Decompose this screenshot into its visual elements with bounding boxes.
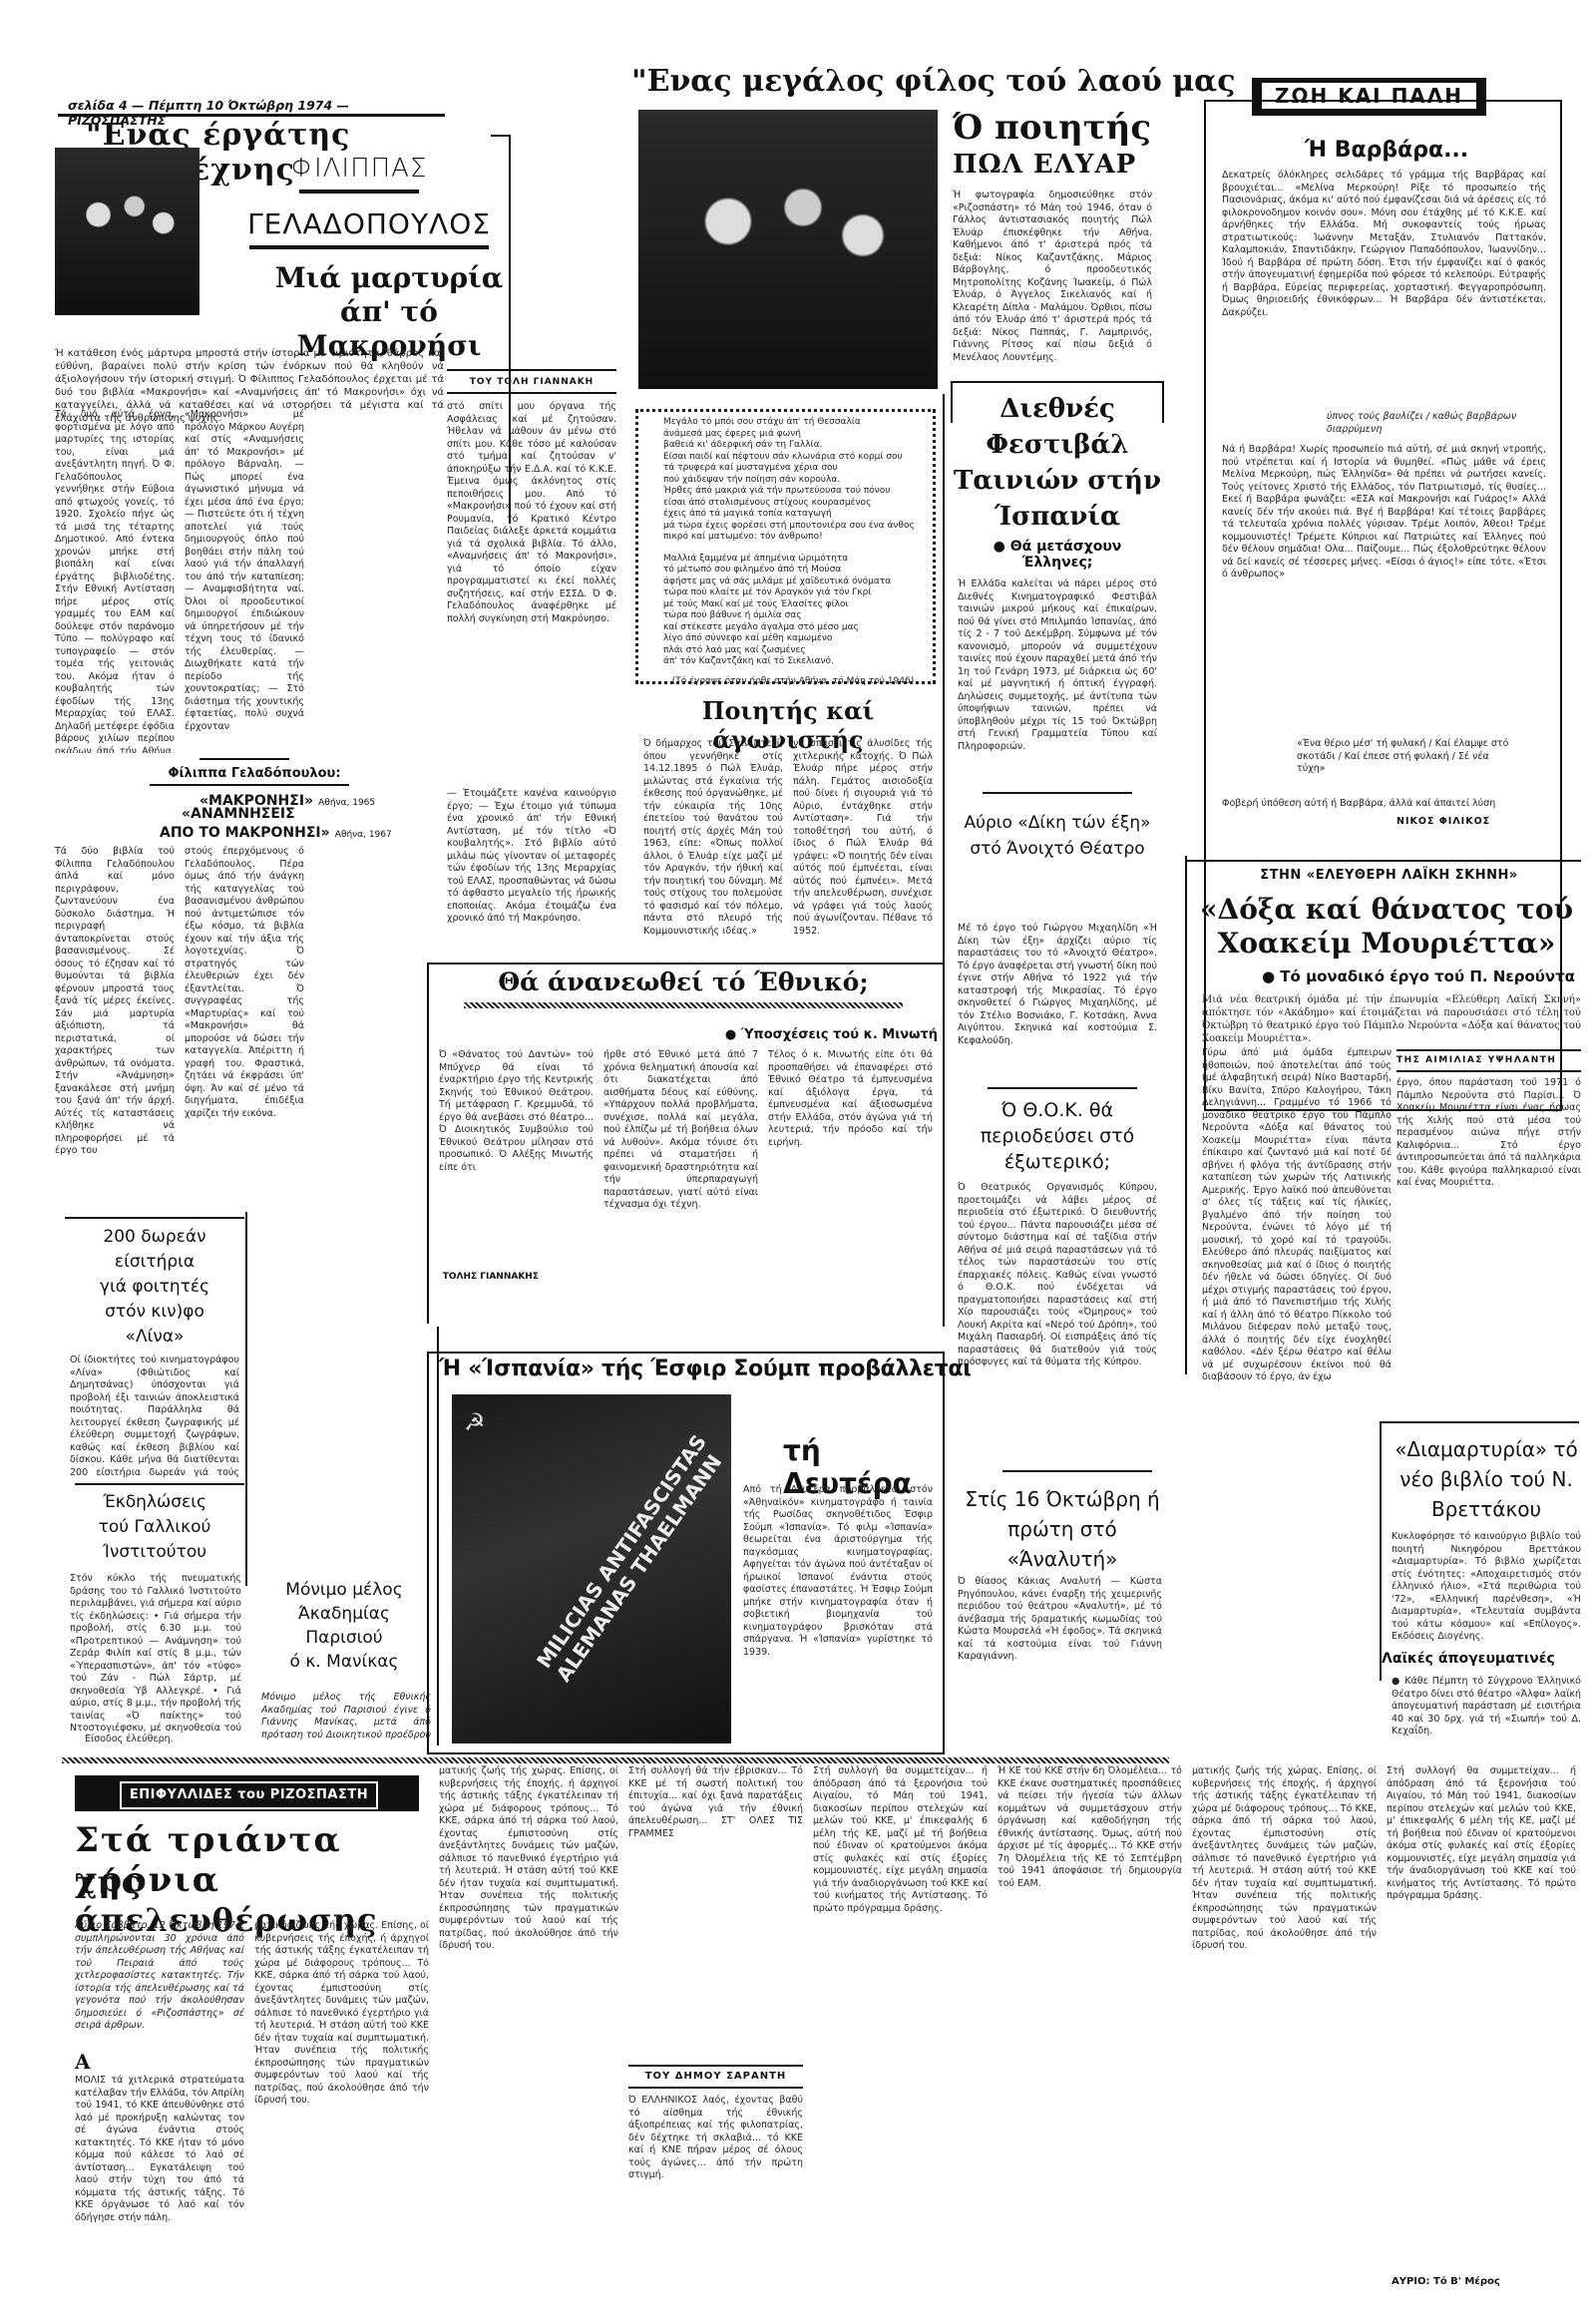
diamartyria-rule [1380, 1421, 1579, 1423]
poem-line: έχεις άπό τά μαγικά τοπία καταγωγή [663, 509, 923, 521]
poem: Μεγάλο τό μπόι σου στάχυ άπ' τή Θεσσαλία… [663, 417, 923, 687]
mourieta-kicker: ΣΤΗΝ «ΕΛΕΥΘΕΡΗ ΛΑΪΚΗ ΣΚΗΝΗ» [1192, 868, 1586, 883]
mourieta-lead: Μιά νέα θεατρική όμάδα μέ τήν έπωνυμία «… [1202, 993, 1581, 1045]
zoi-verse-2: «Ένα θέριο μέσ' τή φυλακή / Καί έλαμψε σ… [1297, 738, 1516, 776]
eluard-title-1: Ό ποιητής [953, 108, 1172, 148]
mourieta-title: «Δόξα καί θάνατος τού Χοακείμ Μουριέττα» [1187, 893, 1586, 961]
liberation-column-2: ματικής ζωής τής χώρας. Επίσης, οί κυβερ… [254, 1920, 429, 2289]
book-2-info: Αθήνα, 1967 [335, 830, 392, 840]
header-rule [58, 114, 445, 117]
poem-note: (Τό έγραψε όταν ήρθε στήν Αθήνα, τό Μάη … [663, 676, 923, 688]
laikes-title: Λαϊκές άπογευματινές [1382, 1651, 1591, 1667]
liberation-column-4: Στή συλλογή θα συμμετείχαν... ή άπόδραση… [813, 1765, 988, 2289]
analyti-title: Στίς 16 Όκτώβρη ή πρώτη στό «Άναλυτή» [953, 1484, 1172, 1574]
okk-title: Ό Θ.Ο.Κ. θά περιοδεύσει στό έξωτερικό; [958, 1097, 1157, 1175]
eluard-title-2: ΠΩΛ ΕΛΥΑΡ [953, 150, 1172, 180]
tickets-body: Οί ίδιοκτήτες τού κινηματογράφου «Λίνα» … [70, 1354, 239, 1479]
ethniko-subtitle: ● Ύποσχέσεις τού κ. Μινωτή [718, 1027, 938, 1042]
tickets-title-line: «Λίνα» [60, 1325, 249, 1350]
gallic-footer: Είσοδος έλεύθερη. [85, 1734, 244, 1746]
manikas-title-line: ό κ. Μανίκας [254, 1650, 434, 1674]
byline-rule-top [447, 369, 616, 371]
article-column-5: στούς έπερχόμενους ό Γελαδόπουλος. Πέρα … [185, 846, 304, 1265]
gallic-title-line: Ίνστιτούτου [60, 1540, 249, 1565]
sarantis-rule-top [628, 2065, 803, 2067]
liberation-dropcap: Α [75, 2050, 91, 2074]
eluard-group-photo [638, 110, 938, 389]
liberation-column-1: ΜΟΛΙΣ τά χιτλερικά στρατεύματα κατέλαβαν… [75, 2075, 244, 2289]
analyti-rule [1002, 1470, 1152, 1472]
diamartyria-left-border [1380, 1421, 1382, 1681]
subarticle-column-1: Ό δήμαρχος τού Σαίν Ντενί, όπου γεννήθηκ… [643, 738, 783, 997]
poem-line: άφήστε μας νά σάς μιλάμε μέ χαϊδευτικά ό… [663, 577, 923, 588]
author-last-name: ΓΕΛΑΔΟΠΟΥΛΟΣ [229, 207, 509, 240]
mourieta-column-1: Γύρω άπό μιά όμάδα έμπειρων ήθοποιών, πο… [1202, 1047, 1392, 1566]
laikes-body: ● Κάθε Πέμπτη τό Σύγχρονο Έλληνικό Θέατρ… [1392, 1676, 1581, 1745]
ethniko-column-1: Ό «Θάνατος τού Δαντών» τού Μπύχνερ θά εί… [439, 1049, 594, 1324]
mourieta-byline-rule [1396, 1049, 1581, 1051]
poem-line: Μεγάλο τό μπόι σου στάχυ άπ' τή Θεσσαλία [663, 417, 923, 429]
ethniko-hatch-rule [464, 1002, 903, 1008]
festival-subtitle: ● Θά μετάσχουν Έλληνες; [958, 539, 1157, 571]
article-column-3: στό σπίτι μου όργανα τής Ασφάλειας καί μ… [447, 401, 616, 785]
ethniko-column-2: ήρθε στό Έθνικό μετά άπό 7 χρόνια θελημα… [603, 1049, 758, 1329]
poem-line: βαθειά κι' άδερφική σάν τη Γαλλία. [663, 440, 923, 452]
avrio-body: Μέ τό έργο τού Γιώργου Μιχαηλίδη «Ή Δίκη… [958, 923, 1157, 1082]
zoi-author: ΝΙΚΟΣ ΦΙΛΙΚΟΣ [1396, 816, 1546, 827]
analyti-body: Ό θίασος Κάκιας Αναλυτή — Κώστα Ρηγόπουλ… [958, 1576, 1162, 1755]
column-divider [943, 394, 945, 1327]
zoi-body: Δεκατρείς όλόκληρες σελιδάρες τό γράμμα … [1222, 170, 1546, 409]
mourieta-column-2: έργο, όπου παράσταση τού 1971 ό Πάμπλο Ν… [1396, 1077, 1581, 1406]
poem-line: είσαι άπό στολισμένους στίχους κουρασμέν… [663, 498, 923, 510]
name-rule-1 [299, 190, 419, 193]
epifyllides-banner: ΕΠΙΦΥΛΛΙΔΕΣ του ΡΙΖΟΣΠΑΣΤΗ [120, 1781, 378, 1809]
festival-rule [983, 792, 1132, 794]
article-column-2: «Μακρονήσι» μέ πρόλογο Μάρκου Αυγέρη καί… [185, 409, 304, 753]
byline-rule-bottom [447, 392, 616, 394]
diamartyria-body: Κυκλοφόρησε τό καινούργιο βιβλίο τού ποι… [1392, 1531, 1581, 1641]
tickets-title-line: γιά φοιτητές [60, 1275, 249, 1300]
poem-line: Είσαι παιδί καί πέφτουν σάν κλωνάρια στό… [663, 452, 923, 464]
gallic-title: Έκδηλώσεις τού Γαλλικού Ίνστιτούτου [60, 1490, 249, 1565]
poem-line: μά τώρα έχεις φορέσει στή μπουτονιέρα σο… [663, 521, 923, 533]
tickets-rule [65, 1217, 244, 1219]
tickets-title-line: 200 δωρεάν [60, 1225, 249, 1250]
liberation-continued: ΑΥΡΙΟ: Τό Β' Μέρος [1392, 2276, 1581, 2287]
liberation-column-3: Στή συλλογή θά τήν έβρισκαν... Τό ΚΚΕ μέ… [628, 1765, 803, 2065]
article-column-1: Τά δυό αύτά έργα, φορτισμένα με λόγο από… [55, 409, 175, 753]
ispania-body: Από τή Δευτέρα προβάλλεται στόν «Άθηναϊκ… [743, 1484, 933, 1745]
hammer-sickle-icon: ☭ [464, 1408, 486, 1436]
article-column-4: Τά δύο βιβλία τού Φίλιππα Γελαδόπουλου ά… [55, 846, 175, 1185]
manikas-body: Μόνιμο μέλος τής Εθνικής Ακαδημίας τού Π… [261, 1692, 431, 1741]
name-rule-2 [249, 245, 489, 249]
liberation-column-2b: ματικής ζωής τής χώρας. Επίσης, οί κυβερ… [439, 1765, 618, 2289]
section-separator [62, 1757, 1169, 1763]
diamartyria-title: «Διαμαρτυρία» τό νέο βιβλίο τού Ν. Βρεττ… [1387, 1434, 1586, 1524]
poem-line: τά τρυφερά καί μυσταγμένα χέρια σου [663, 463, 923, 475]
avrio-title: Αύριο «Δίκη τών έξη» στό Άνοιχτό Θέατρο [958, 810, 1157, 862]
mourieta-byline-rule-2 [1396, 1070, 1581, 1072]
ispania-title: Ή «Ίσπανία» τής Έσφιρ Σούμπ προβάλλεται [439, 1356, 958, 1381]
mourieta-byline: ΤΗΣ ΑΙΜΙΛΙΑΣ ΥΨΗΛΑΝΤΗ [1396, 1055, 1586, 1065]
manikas-title-line: Άκαδημίας [254, 1602, 434, 1626]
books-subhead: Φίλιππα Γελαδόπουλου: [140, 766, 369, 781]
author-photo [55, 148, 199, 315]
okk-rule [988, 1087, 1137, 1089]
book-2: «ΑΝΑΜΝΗΣΕΙΣ ΑΠΟ ΤΟ ΜΑΚΡΟΝΗΣΙ» Αθήνα, 196… [160, 806, 439, 841]
tickets-title-line: στόν κιν)φο [60, 1300, 249, 1325]
zoi-closing: Φοβερή ύπόθεση αύτή ή Βαρβάρα, άλλά καί … [1222, 798, 1546, 811]
subhead-rule-top [199, 758, 289, 760]
zoi-body-2: Νά ή Βαρβάρα! Χωρίς προσωπείο πιά αύτή, … [1222, 444, 1546, 733]
liberation-column-6: ματικής ζωής τής χώρας. Επίσης, οί κυβερ… [1192, 1765, 1377, 2289]
festival-body: Ή Ελλάδα καλείται νά πάρει μέρος στό Διε… [958, 579, 1157, 768]
book-2-title-a: «ΑΝΑΜΝΗΣΕΙΣ [182, 806, 439, 822]
tickets-title-line: είσιτήρια [60, 1250, 249, 1275]
eluard-headline: "Ενας μεγάλος φίλος τού λαού μας [631, 64, 1190, 99]
zoi-verse: ύπνος τούς βαυλίζει / καθώς βαρβάρων δια… [1327, 411, 1526, 436]
poem-line: μέ τούς Μακί καί μέ τούς Έλασίτες φίλοι [663, 599, 923, 611]
photo-caption: Ή φωτογραφία δημοσιεύθηκε στόν «Ριζοσπάσ… [953, 190, 1152, 389]
gallic-rule [75, 1483, 244, 1485]
poem-line: πού χάιδεψαν τήν ποίηση σάν κορούλα. [663, 475, 923, 487]
mourieta-top-rule [1187, 860, 1581, 862]
book-2-title-b: ΑΠΟ ΤΟ ΜΑΚΡΟΝΗΣΙ» [160, 825, 330, 841]
poem-line: τό μέτωπό σου φιλημένο άπό τή Μούσα [663, 565, 923, 577]
poem-line: τώρα πού βάθυνε ή όμιλία σας [663, 610, 923, 622]
poem-line: Μαλλιά ξαμμένα μέ άπημένια ώριμότητα [663, 554, 923, 566]
liberation-column-5: Ή ΚΕ τού ΚΚΕ στήν 6η Όλομέλεια... τό ΚΚΕ… [997, 1765, 1182, 2289]
poem-line: άπ' τόν Καζαντζάκη καί τό Σικελιανό. [663, 656, 923, 668]
poem-line: άνάμεσά μας έφερες μιά φωνή [663, 429, 923, 441]
ethniko-title: Θά άνανεωθεί τό Έθνικό; [429, 967, 938, 996]
subhead-rule-bottom [150, 784, 349, 786]
sarantis-rule-bottom [628, 2087, 803, 2089]
article-column-6: — Έτοιμάζετε κανένα καινούργιο έργο; — Έ… [447, 788, 616, 963]
gallic-title-line: Έκδηλώσεις [60, 1490, 249, 1515]
mourieta-subtitle: ● Τό μοναδικό έργο τού Π. Νερούντα [1262, 967, 1591, 985]
poem-line: τώρα πού κλαίτε μέ τόν Αραγκόν γιά τόν Γ… [663, 587, 923, 599]
subarticle-column-2: νά σπάσει τίς άλυσίδες τής χιτλερικής κα… [793, 738, 933, 977]
liberation-column-7: Στή συλλογή θα συμμετείχαν... ή άπόδραση… [1387, 1765, 1576, 2269]
poem-line: πλάι στό λαό μας καί ζωσμένες [663, 645, 923, 657]
poem-line: πικρό καί ματωμένο: τόν άνθρωπο! [663, 532, 923, 544]
gallic-body: Στόν κύκλο τής πνευματικής δράσης του τό… [70, 1573, 241, 1733]
kicker-rule [491, 135, 511, 137]
gallic-title-line: τού Γαλλικού [60, 1515, 249, 1540]
manikas-title-line: Μόνιμο μέλος [254, 1578, 434, 1602]
okk-body: Ό Θεατρικός Οργανισμός Κύπρου, προετοιμά… [958, 1182, 1157, 1471]
manikas-title: Μόνιμο μέλος Άκαδημίας Παρισιού ό κ. Μαν… [254, 1578, 434, 1674]
poem-line: καί στέκεστε μεγάλο άγαλμα στό μέσο μας [663, 622, 923, 634]
poem-line: Ήρθες άπό μακριά γιά τήν πρωτεύουσα τού … [663, 486, 923, 498]
author-first-name: ΦΙΛΙΠΠΑΣ [259, 154, 459, 184]
tickets-title: 200 δωρεάν είσιτήρια γιά φοιτητές στόν κ… [60, 1225, 249, 1350]
poster-text: MILICIAS ANTIFASCISTAS ALEMANAS THAELMAN… [532, 1430, 731, 1687]
article-byline: ΤΟΥ ΤΟΛΗ ΓΙΑΝΝΑΚΗ [447, 377, 616, 387]
poem-line: λίγο άπό σύννεφο καί μέθη καμωμένο [663, 633, 923, 645]
liberation-column-3b: Ό ΕΛΛΗΝΙΚΟΣ λαός, έχοντας βαθύ τό αίσθημ… [628, 2095, 803, 2289]
manikas-title-line: Παρισιού [254, 1626, 434, 1650]
ispania-film-still: MILICIAS ANTIFASCISTAS ALEMANAS THAELMAN… [452, 1394, 731, 1743]
zoi-title: Ή Βαρβάρα... [1207, 138, 1566, 163]
ethniko-column-3: Τέλος ό κ. Μινωτής είπε ότι θά προσπαθήσ… [768, 1049, 933, 1329]
festival-title: Διεθνές Φεστιβάλ Ταινιών στήν Ίσπανία [953, 391, 1162, 535]
sarantis-byline: ΤΟΥ ΔΗΜΟΥ ΣΑΡΑΝΤΗ [628, 2071, 803, 2082]
liberation-intro: Αύριο Σάββατο, 12 Όκτώβρη 1974, συμπληρώ… [75, 1920, 244, 2045]
